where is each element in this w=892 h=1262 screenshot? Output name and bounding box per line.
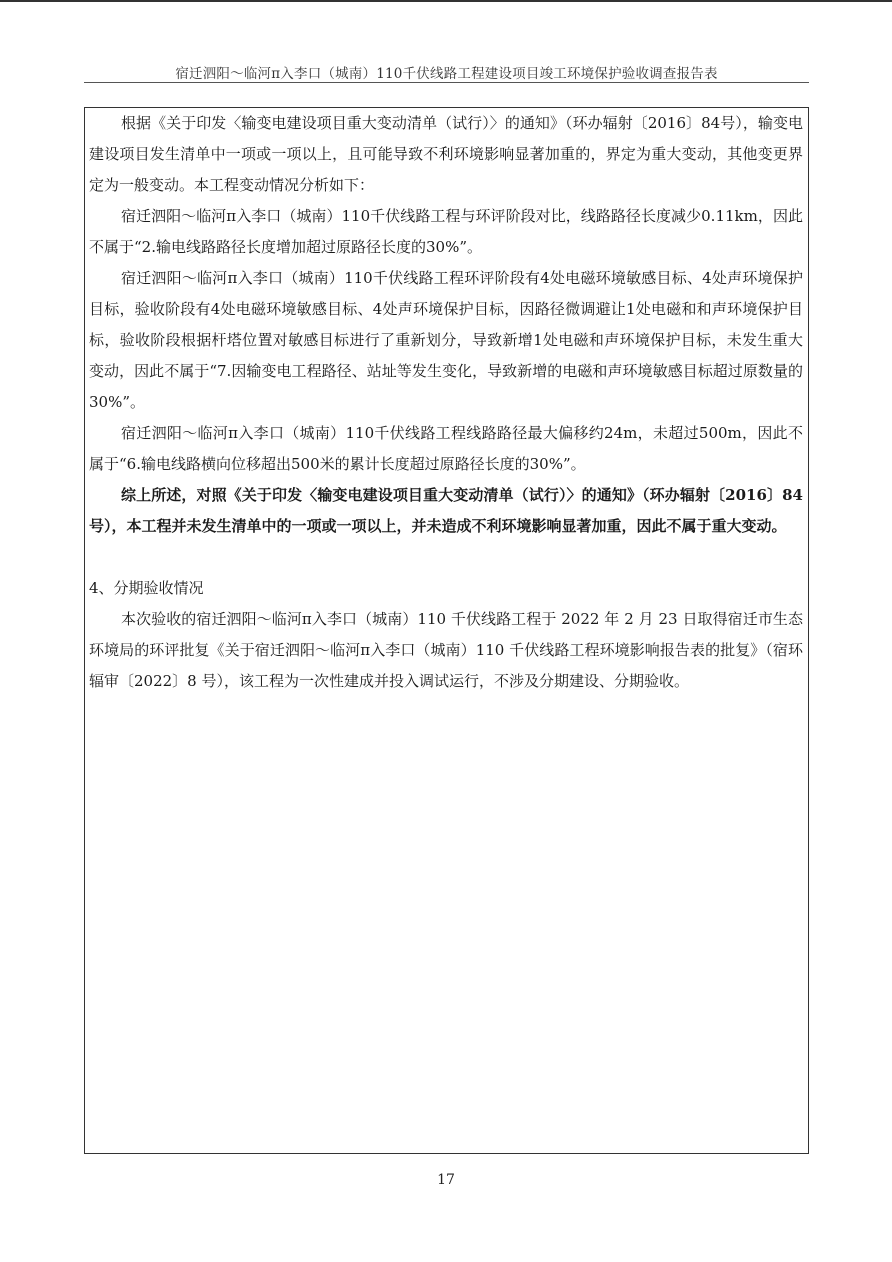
running-header: 宿迁泗阳～临河π入李口（城南）110千伏线路工程建设项目竣工环境保护验收调查报告… bbox=[84, 62, 809, 82]
header-rule bbox=[84, 82, 809, 83]
section-heading-phased-acceptance: 4、分期验收情况 bbox=[89, 573, 803, 604]
paragraph-intro: 根据《关于印发〈输变电建设项目重大变动清单（试行）〉的通知》（环办辐射〔2016… bbox=[89, 108, 803, 201]
paragraph-sensitive-targets: 宿迁泗阳～临河π入李口（城南）110千伏线路工程环评阶段有4处电磁环境敏感目标、… bbox=[89, 263, 803, 418]
page-number: 17 bbox=[0, 1172, 892, 1188]
page-top-edge bbox=[0, 0, 892, 2]
content-box: 根据《关于印发〈输变电建设项目重大变动清单（试行）〉的通知》（环办辐射〔2016… bbox=[84, 107, 809, 1154]
paragraph-length-change: 宿迁泗阳～临河π入李口（城南）110千伏线路工程与环评阶段对比，线路路径长度减少… bbox=[89, 201, 803, 263]
paragraph-conclusion: 综上所述，对照《关于印发〈输变电建设项目重大变动清单（试行）〉的通知》（环办辐射… bbox=[89, 480, 803, 542]
paragraph-offset: 宿迁泗阳～临河π入李口（城南）110千伏线路工程线路路径最大偏移约24m，未超过… bbox=[89, 418, 803, 480]
paragraph-phased-acceptance: 本次验收的宿迁泗阳～临河π入李口（城南）110 千伏线路工程于 2022 年 2… bbox=[89, 604, 803, 697]
